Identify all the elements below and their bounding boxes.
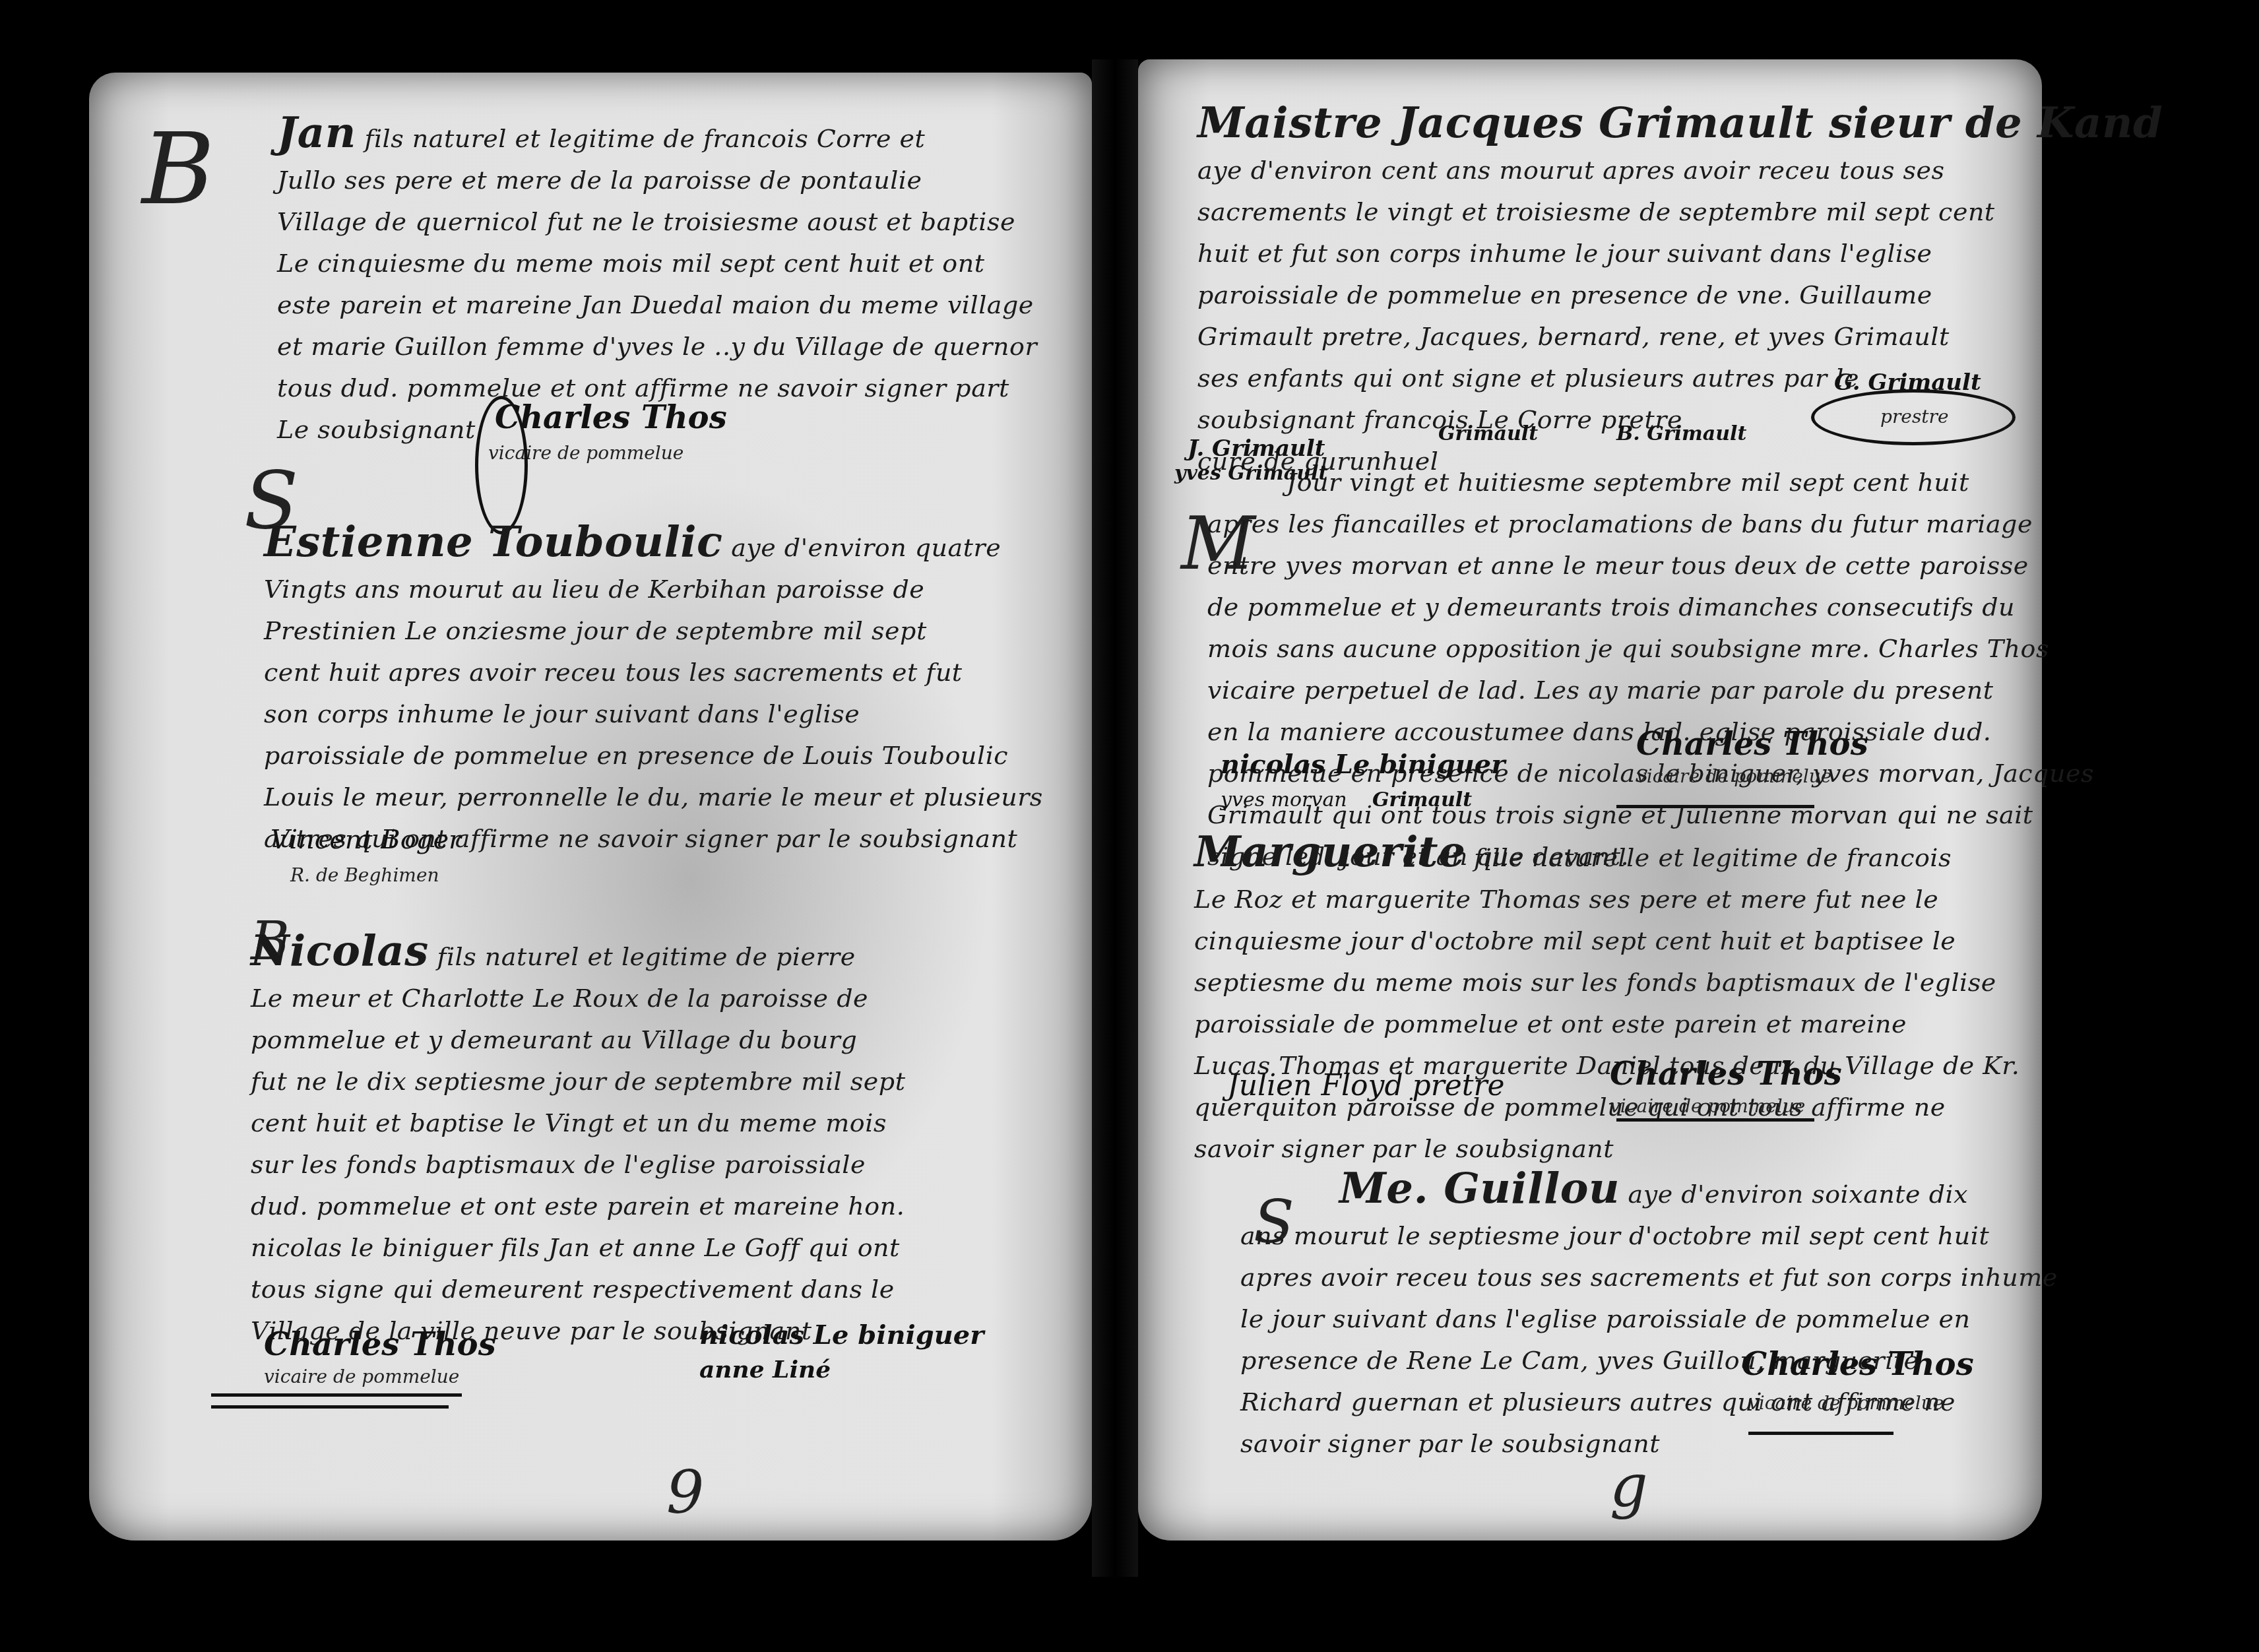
entry-marguerite-baptism: Marguerite fille naturelle et legitime d…	[1194, 831, 2020, 1170]
signature: Charles Thos	[1636, 726, 1868, 763]
separator-rule	[211, 1393, 462, 1397]
entry-line: este parein et mareine Jan Duedal maion …	[277, 284, 1037, 326]
entry-line: sacrements le vingt et troisiesme de sep…	[1197, 191, 2163, 233]
entry-line: ans mourut le septiesme jour d'octobre m…	[1240, 1215, 2058, 1257]
entry-line: dud. pommelue et ont este parein et mare…	[251, 1186, 905, 1227]
entry-line: Village de quernicol fut ne le troisiesm…	[277, 201, 1037, 243]
entry-line: aye d'environ quatre	[731, 533, 1001, 562]
signature: J. Grimault	[1188, 435, 1325, 462]
entry-line: cent huit et baptise le Vingt et un du m…	[251, 1102, 905, 1144]
co-signature: nicolas Le biniguer	[1221, 749, 1505, 780]
entry-head: Marguerite	[1194, 827, 1465, 877]
entry-line: Prestinien Le onziesme jour de septembre…	[264, 610, 1043, 652]
entry-line: nicolas le biniguer fils Jan et anne Le …	[251, 1227, 905, 1269]
entry-line: fils naturel et legitime de francois Cor…	[364, 124, 925, 153]
signature-title: vicaire de pommelue	[1748, 1392, 1944, 1414]
entry-guillou-burial: Me. Guillou aye d'environ soixante dix a…	[1240, 1168, 2058, 1465]
entry-line: Le Roz et marguerite Thomas ses pere et …	[1194, 879, 2020, 920]
signature-title: vicaire de pommelue	[1636, 765, 1831, 787]
entry-line: Le cinquiesme du meme mois mil sept cent…	[277, 243, 1037, 284]
margin-mark-baptism: B	[142, 112, 214, 227]
entry-line: et marie Guillon femme d'yves le ..y du …	[277, 326, 1037, 367]
co-signature: anne Liné	[699, 1356, 831, 1383]
entry-line: sur les fonds baptismaux de l'eglise par…	[251, 1144, 905, 1186]
entry-line: fut ne le dix septiesme jour de septembr…	[251, 1061, 905, 1102]
signature: Charles Thos	[1742, 1346, 1974, 1383]
entry-line: septiesme du meme mois sur les fonds bap…	[1194, 962, 2020, 1003]
entry-line: Jullo ses pere et mere de la paroisse de…	[277, 160, 1037, 201]
folio-mark: 9	[666, 1458, 704, 1527]
signature: B. Grimault	[1616, 422, 1746, 445]
book-gutter	[1092, 59, 1138, 1577]
signature: Charles Thos	[1610, 1056, 1842, 1093]
separator-rule	[1748, 1432, 1893, 1435]
folio-mark: g	[1610, 1451, 1648, 1521]
entry-line: aye d'environ soixante dix	[1628, 1180, 1968, 1209]
entry-head: Maistre Jacques Grimault sieur de Kand	[1197, 98, 2163, 148]
entry-line: de pommelue et y demeurants trois dimanc…	[1207, 587, 2094, 628]
entry-line: fils naturel et legitime de pierre	[437, 942, 855, 971]
entry-line: entre yves morvan et anne le meur tous d…	[1207, 545, 2094, 587]
co-signature: yves morvan	[1221, 788, 1347, 811]
entry-line: fille naturelle et legitime de francois	[1474, 843, 1952, 872]
entry-line: ses enfants qui ont signe et plusieurs a…	[1197, 358, 2163, 399]
entry-line: huit et fut son corps inhume le jour sui…	[1197, 233, 2163, 274]
signature: Vincent Boger	[270, 825, 461, 855]
entry-line: Grimault pretre, Jacques, bernard, rene,…	[1197, 316, 2163, 358]
entry-head: Estienne Touboulic	[264, 517, 723, 567]
co-signature: Grimault	[1372, 788, 1472, 811]
entry-line: savoir signer par le soubsignant	[1240, 1423, 2058, 1465]
entry-line: mois sans aucune opposition je qui soubs…	[1207, 628, 2094, 670]
entry-estienne-burial: Estienne Touboulic aye d'environ quatre …	[264, 521, 1043, 860]
signature-title: R. de Beghimen	[290, 864, 439, 886]
entry-line: paroissiale de pommelue en presence de v…	[1197, 274, 2163, 316]
entry-line: paroissiale de pommelue et ont este pare…	[1194, 1003, 2020, 1045]
entry-line: Le meur et Charlotte Le Roux de la paroi…	[251, 978, 905, 1019]
signature: Grimault	[1438, 422, 1538, 445]
co-signature: Julien Floyd pretre	[1227, 1069, 1505, 1102]
entry-line: paroissiale de pommelue en presence de L…	[264, 735, 1043, 777]
separator-rule	[211, 1405, 449, 1409]
signature-title: vicaire de pommelue	[264, 1366, 459, 1387]
entry-line: le jour suivant dans l'eglise paroissial…	[1240, 1298, 2058, 1340]
entry-line: apres avoir receu tous ses sacrements et…	[1240, 1257, 2058, 1298]
entry-line: Vingts ans mourut au lieu de Kerbihan pa…	[264, 569, 1043, 610]
entry-line: Jour vingt et huitiesme septembre mil se…	[1207, 462, 2094, 503]
entry-head: Me. Guillou	[1339, 1164, 1620, 1213]
entry-nicolas-baptism: Nicolas fils naturel et legitime de pier…	[251, 930, 905, 1352]
separator-rule	[1616, 805, 1814, 808]
entry-line: vicaire perpetuel de lad. Les ay marie p…	[1207, 670, 2094, 711]
entry-line: son corps inhume le jour suivant dans l'…	[264, 693, 1043, 735]
entry-line: pommelue et y demeurant au Village du bo…	[251, 1019, 905, 1061]
signature: Charles Thos	[495, 399, 727, 436]
entry-head: Jan	[277, 108, 356, 158]
entry-line: aye d'environ cent ans mourut apres avoi…	[1197, 150, 2163, 191]
signature: Charles Thos	[264, 1326, 496, 1363]
entry-line: cinquiesme jour d'octobre mil sept cent …	[1194, 920, 2020, 962]
entry-line: tous signe qui demeurent respectivement …	[251, 1269, 905, 1310]
signature-title: vicaire de pommelue	[1610, 1095, 1805, 1117]
entry-head: Nicolas	[251, 926, 429, 976]
signature-flourish	[475, 396, 528, 534]
signature-flourish	[1811, 389, 2016, 445]
entry-line: cent huit apres avoir receu tous les sac…	[264, 652, 1043, 693]
co-signature: nicolas Le biniguer	[699, 1319, 984, 1350]
separator-rule	[1616, 1118, 1814, 1122]
entry-line: Louis le meur, perronnelle le du, marie …	[264, 777, 1043, 818]
entry-morvan-marriage: Jour vingt et huitiesme septembre mil se…	[1207, 462, 2094, 877]
entry-line: apres les fiancailles et proclamations d…	[1207, 503, 2094, 545]
